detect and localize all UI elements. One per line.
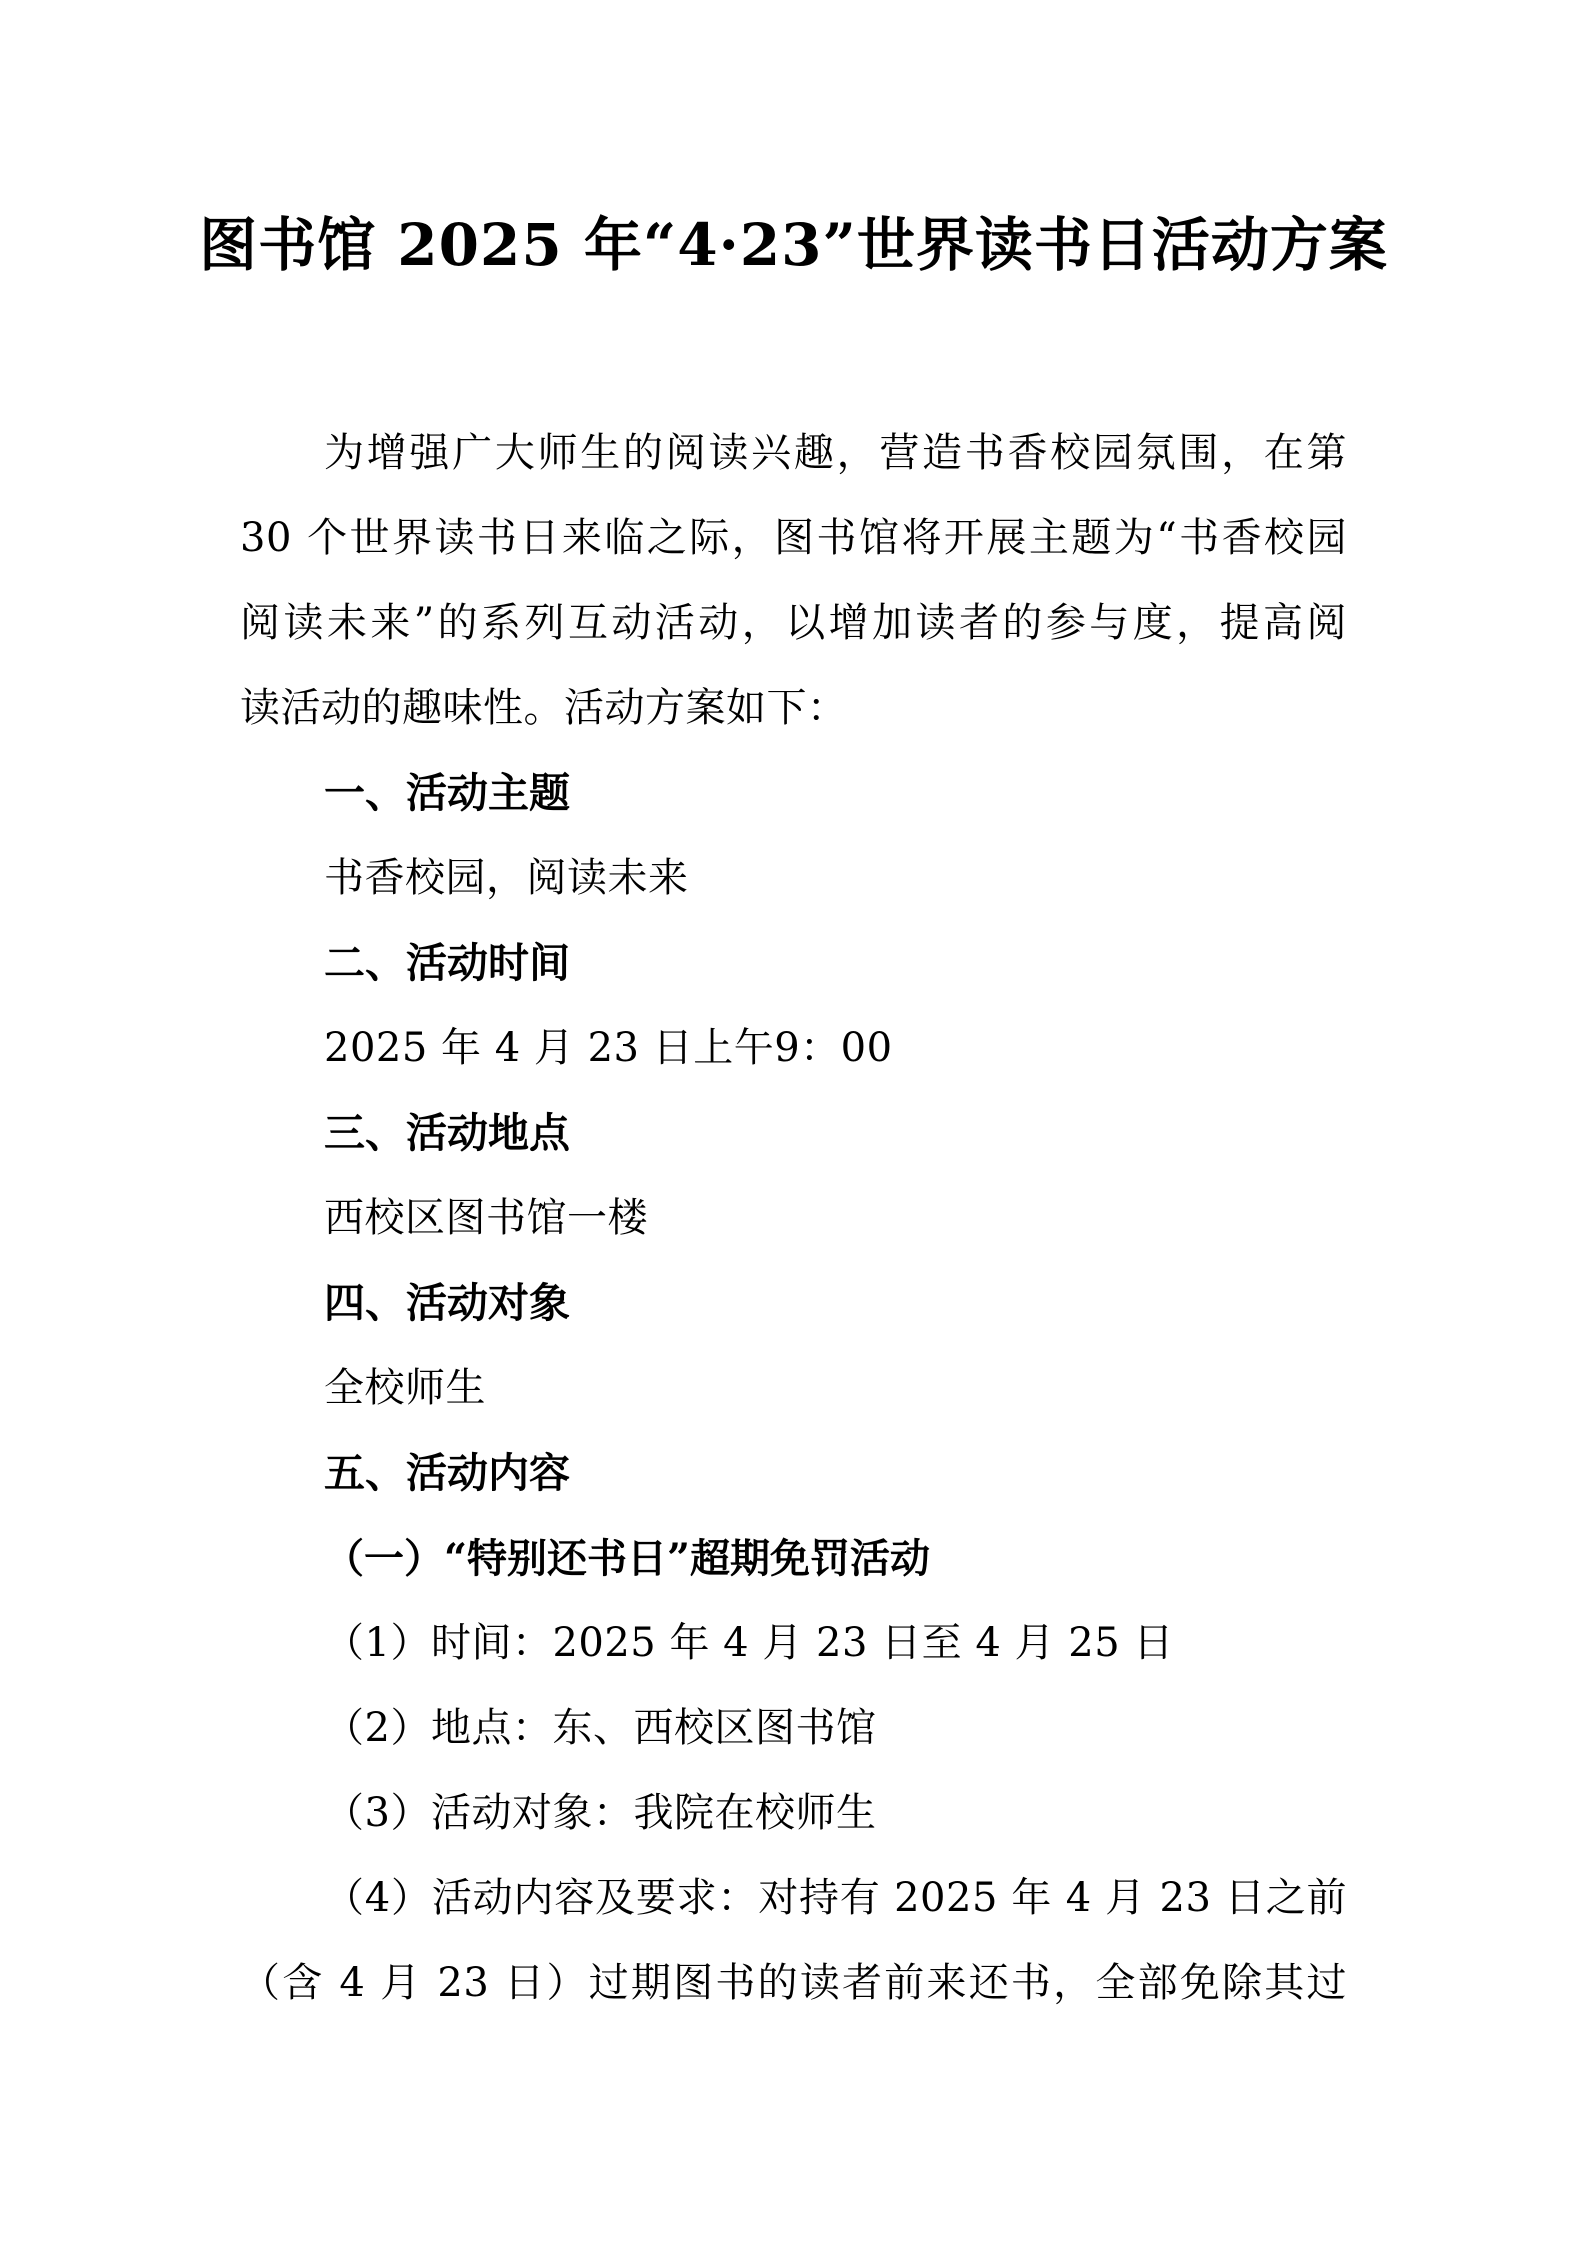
document-body: 为增强广大师生的阅读兴趣，营造书香校园氛围，在第 30 个世界读书日来临之际，图… — [0, 411, 1587, 2026]
subheading-special-return-day: （一）“特别还书日”超期免罚活动 — [240, 1516, 1347, 1601]
paragraph-intro-line-1: 为增强广大师生的阅读兴趣，营造书香校园氛围，在第 — [240, 411, 1347, 496]
heading-activity-theme: 一、活动主题 — [240, 751, 1347, 836]
paragraph-intro-line-2: 30 个世界读书日来临之际，图书馆将开展主题为“书香校园 — [240, 496, 1347, 581]
heading-activity-location: 三、活动地点 — [240, 1091, 1347, 1176]
item-return-day-requirements-line-2: （含 4 月 23 日）过期图书的读者前来还书，全部免除其过 — [240, 1941, 1347, 2026]
item-return-day-audience: （3）活动对象：我院在校师生 — [240, 1771, 1347, 1856]
document-page: 图书馆 2025 年“4·23”世界读书日活动方案 为增强广大师生的阅读兴趣，营… — [0, 0, 1587, 2245]
item-return-day-requirements-line-1: （4）活动内容及要求：对持有 2025 年 4 月 23 日之前 — [240, 1856, 1347, 1941]
heading-activity-time: 二、活动时间 — [240, 921, 1347, 1006]
item-return-day-location: （2）地点：东、西校区图书馆 — [240, 1686, 1347, 1771]
paragraph-intro-line-4: 读活动的趣味性。活动方案如下： — [240, 666, 1347, 751]
text-activity-time: 2025 年 4 月 23 日上午9：00 — [240, 1006, 1347, 1091]
heading-activity-content: 五、活动内容 — [240, 1431, 1347, 1516]
paragraph-intro-line-3: 阅读未来”的系列互动活动，以增加读者的参与度，提高阅 — [240, 581, 1347, 666]
heading-activity-audience: 四、活动对象 — [240, 1261, 1347, 1346]
text-activity-location: 西校区图书馆一楼 — [240, 1176, 1347, 1261]
document-title: 图书馆 2025 年“4·23”世界读书日活动方案 — [0, 209, 1587, 281]
text-activity-theme: 书香校园，阅读未来 — [240, 836, 1347, 921]
text-activity-audience: 全校师生 — [240, 1346, 1347, 1431]
item-return-day-time: （1）时间：2025 年 4 月 23 日至 4 月 25 日 — [240, 1601, 1347, 1686]
